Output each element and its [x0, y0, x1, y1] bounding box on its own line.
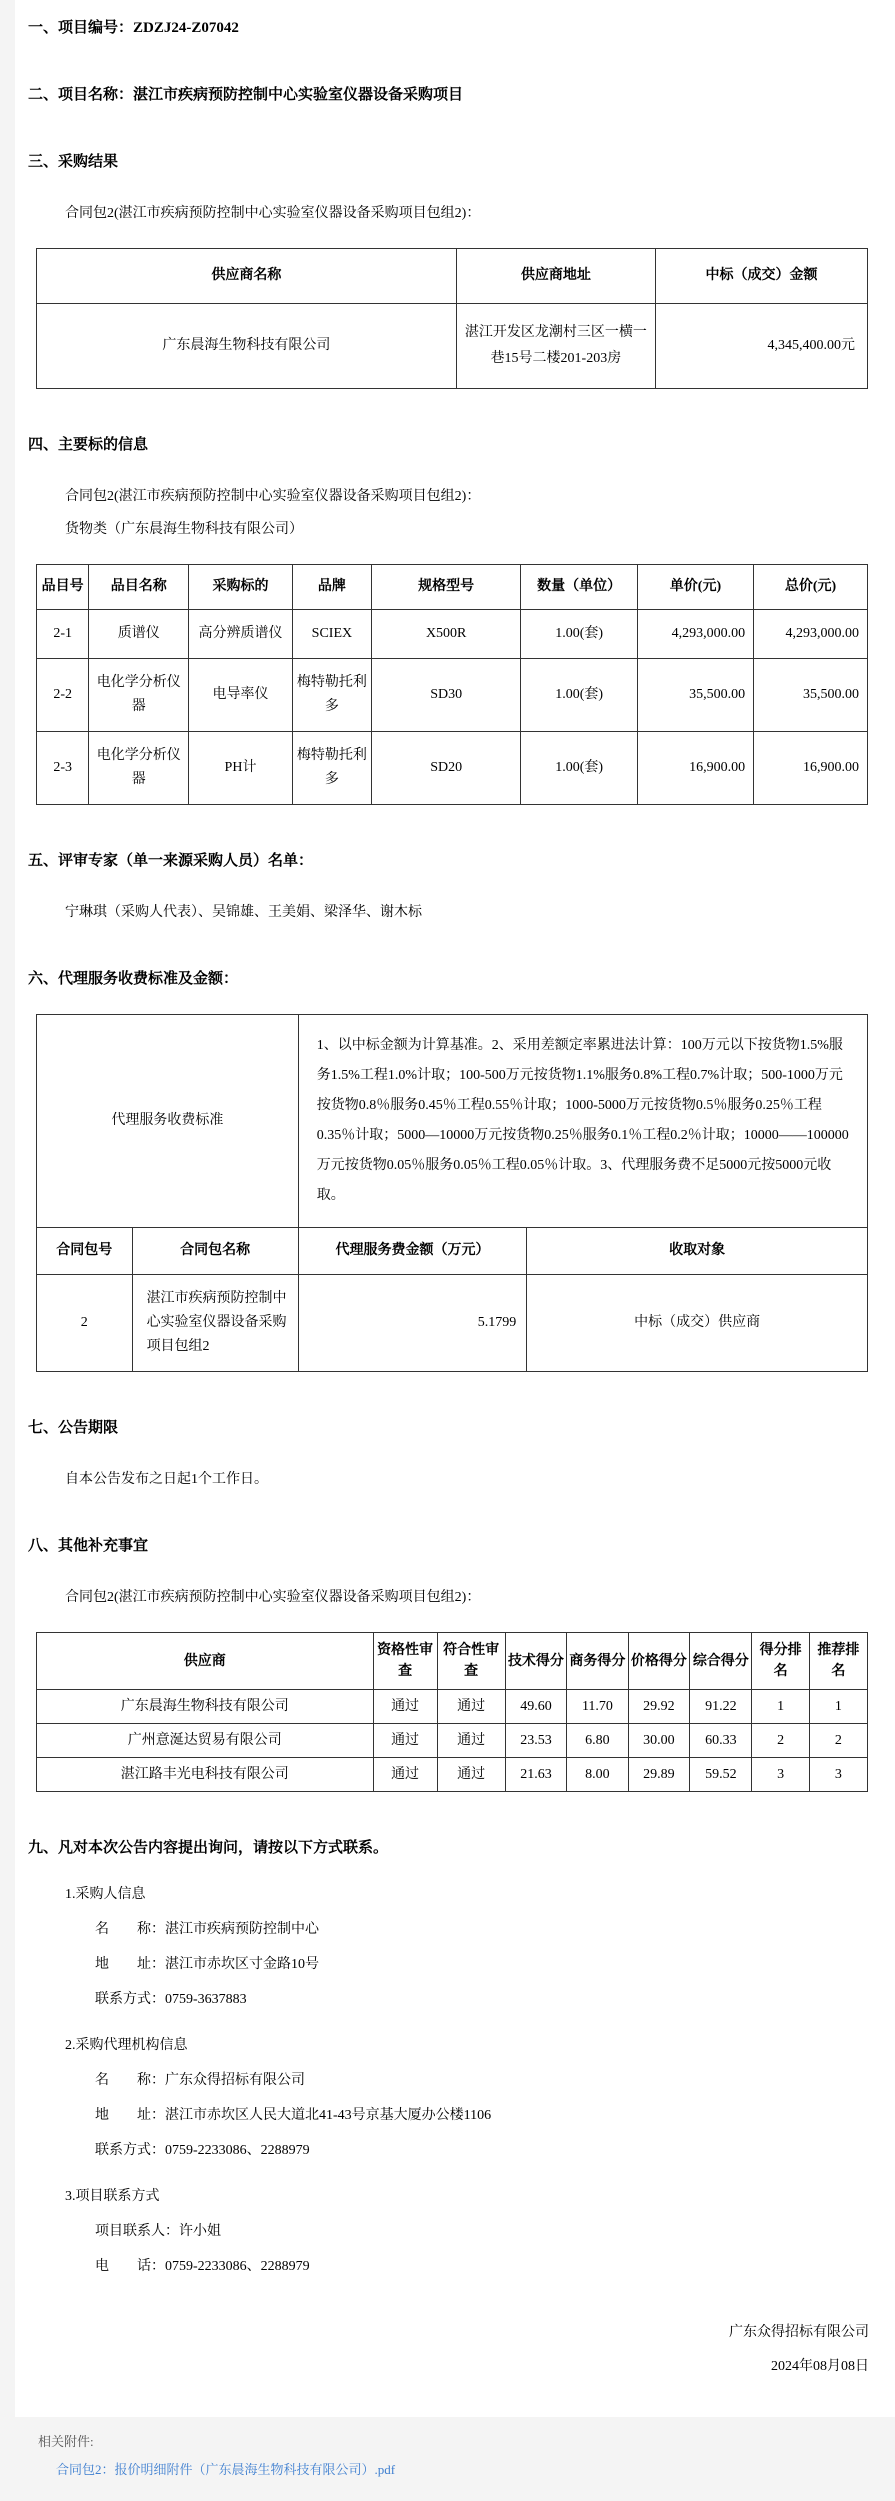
- fee-amount-cell: 5.1799: [298, 1275, 527, 1372]
- project-contact-heading: 3.项目联系方式: [28, 2187, 871, 2207]
- item-target-cell: 高分辨质谱仪: [189, 610, 293, 659]
- biz-score-cell: 6.80: [567, 1724, 628, 1758]
- item-no-cell: 2-1: [37, 610, 89, 659]
- attachment-link[interactable]: 合同包2：报价明细附件（广东晨海生物科技有限公司）.pdf: [56, 2459, 395, 2478]
- item-brand-cell: 梅特勒托利多: [292, 659, 371, 732]
- supplier-name-cell: 广东晨海生物科技有限公司: [37, 304, 457, 389]
- supplier-cell: 广东晨海生物科技有限公司: [37, 1690, 374, 1724]
- agency-contact: 联系方式：0759-2233086、2288979: [28, 2141, 871, 2161]
- section-4-title: 四、主要标的信息: [28, 435, 871, 456]
- project-contact-phone: 电 话：0759-2233086、2288979: [28, 2257, 871, 2277]
- section-3-title: 三、采购结果: [28, 152, 871, 173]
- agency-fee-table: 代理服务收费标准 1、以中标金额为计算基准。2、采用差额定率累进法计算：100万…: [36, 1014, 868, 1372]
- item-qty-cell: 1.00(套): [521, 659, 637, 732]
- header-cell: 品目号: [37, 565, 89, 610]
- section-8-title: 八、其他补充事宜: [28, 1536, 871, 1557]
- header-cell: 价格得分: [628, 1633, 689, 1690]
- supplier-evaluation-table: 供应商 资格性审查 符合性审查 技术得分 商务得分 价格得分 综合得分 得分排名…: [36, 1632, 868, 1792]
- conformity-cell: 通过: [437, 1724, 505, 1758]
- header-cell: 数量（单位）: [521, 565, 637, 610]
- header-cell: 合同包名称: [132, 1228, 298, 1275]
- header-cell: 单价(元): [637, 565, 753, 610]
- item-model-cell: X500R: [371, 610, 521, 659]
- item-unit-price-cell: 35,500.00: [637, 659, 753, 732]
- announcement-period-text: 自本公告发布之日起1个工作日。: [28, 1469, 871, 1490]
- item-qty-cell: 1.00(套): [521, 732, 637, 805]
- total-score-cell: 60.33: [690, 1724, 752, 1758]
- supplier-address-cell: 湛江开发区龙潮村三区一横一巷15号二楼201-203房: [456, 304, 655, 389]
- announcement-content: 一、项目编号：ZDZJ24-Z07042 二、项目名称：湛江市疾病预防控制中心实…: [15, 0, 895, 2417]
- announcement-page: 一、项目编号：ZDZJ24-Z07042 二、项目名称：湛江市疾病预防控制中心实…: [0, 0, 895, 2501]
- supplier-cell: 湛江路丰光电科技有限公司: [37, 1758, 374, 1792]
- item-brand-cell: SCIEX: [292, 610, 371, 659]
- biz-score-cell: 11.70: [567, 1690, 628, 1724]
- item-total-price-cell: 16,900.00: [754, 732, 868, 805]
- procurement-result-table: 供应商名称 供应商地址 中标（成交）金额 广东晨海生物科技有限公司 湛江开发区龙…: [36, 248, 868, 389]
- section-9-title: 九、凡对本次公告内容提出询问，请按以下方式联系。: [28, 1838, 871, 1859]
- table-row: 2-3 电化学分析仪器 PH计 梅特勒托利多 SD20 1.00(套) 16,9…: [37, 732, 868, 805]
- purchaser-info-heading: 1.采购人信息: [28, 1885, 871, 1905]
- header-cell: 商务得分: [567, 1633, 628, 1690]
- agency-address: 地 址：湛江市赤坎区人民大道北41-43号京基大厦办公楼1106: [28, 2106, 871, 2126]
- section-8-intro: 合同包2(湛江市疾病预防控制中心实验室仪器设备采购项目包组2)：: [28, 1587, 871, 1608]
- header-cell: 符合性审查: [437, 1633, 505, 1690]
- item-name-cell: 质谱仪: [89, 610, 189, 659]
- purchaser-contact: 联系方式：0759-3637883: [28, 1990, 871, 2010]
- price-score-cell: 30.00: [628, 1724, 689, 1758]
- item-no-cell: 2-3: [37, 732, 89, 805]
- fee-standard-text-cell: 1、以中标金额为计算基准。2、采用差额定率累进法计算：100万元以下按货物1.5…: [298, 1015, 867, 1228]
- conformity-cell: 通过: [437, 1690, 505, 1724]
- qualification-cell: 通过: [373, 1758, 437, 1792]
- tech-score-cell: 23.53: [505, 1724, 566, 1758]
- table-row: 2-2 电化学分析仪器 电导率仪 梅特勒托利多 SD30 1.00(套) 35,…: [37, 659, 868, 732]
- score-rank-cell: 3: [752, 1758, 809, 1792]
- related-attachments-section: 相关附件: 合同包2：报价明细附件（广东晨海生物科技有限公司）.pdf: [0, 2417, 895, 2501]
- table-row: 广东晨海生物科技有限公司 湛江开发区龙潮村三区一横一巷15号二楼201-203房…: [37, 304, 868, 389]
- header-cell: 供应商名称: [37, 249, 457, 304]
- item-target-cell: PH计: [189, 732, 293, 805]
- section-3-intro: 合同包2(湛江市疾病预防控制中心实验室仪器设备采购项目包组2)：: [28, 203, 871, 224]
- tech-score-cell: 49.60: [505, 1690, 566, 1724]
- header-cell: 品牌: [292, 565, 371, 610]
- header-cell: 合同包号: [37, 1228, 133, 1275]
- table-row: 2-1 质谱仪 高分辨质谱仪 SCIEX X500R 1.00(套) 4,293…: [37, 610, 868, 659]
- section-5-title: 五、评审专家（单一来源采购人员）名单：: [28, 851, 871, 872]
- item-unit-price-cell: 4,293,000.00: [637, 610, 753, 659]
- purchaser-name: 名 称：湛江市疾病预防控制中心: [28, 1920, 871, 1940]
- score-rank-cell: 2: [752, 1724, 809, 1758]
- section-4-intro-1: 合同包2(湛江市疾病预防控制中心实验室仪器设备采购项目包组2)：: [28, 486, 871, 507]
- section-4-intro-2: 货物类（广东晨海生物科技有限公司）: [28, 519, 871, 540]
- item-model-cell: SD30: [371, 659, 521, 732]
- table-header-row: 供应商 资格性审查 符合性审查 技术得分 商务得分 价格得分 综合得分 得分排名…: [37, 1633, 868, 1690]
- header-cell: 资格性审查: [373, 1633, 437, 1690]
- header-cell: 供应商: [37, 1633, 374, 1690]
- header-cell: 得分排名: [752, 1633, 809, 1690]
- bid-items-table: 品目号 品目名称 采购标的 品牌 规格型号 数量（单位） 单价(元) 总价(元)…: [36, 564, 868, 805]
- table-row: 湛江路丰光电科技有限公司 通过 通过 21.63 8.00 29.89 59.5…: [37, 1758, 868, 1792]
- table-row: 广州意涎达贸易有限公司 通过 通过 23.53 6.80 30.00 60.33…: [37, 1724, 868, 1758]
- total-score-cell: 91.22: [690, 1690, 752, 1724]
- item-target-cell: 电导率仪: [189, 659, 293, 732]
- purchaser-address: 地 址：湛江市赤坎区寸金路10号: [28, 1955, 871, 1975]
- header-cell: 技术得分: [505, 1633, 566, 1690]
- item-name-cell: 电化学分析仪器: [89, 732, 189, 805]
- award-amount-cell: 4,345,400.00元: [656, 304, 868, 389]
- table-row: 广东晨海生物科技有限公司 通过 通过 49.60 11.70 29.92 91.…: [37, 1690, 868, 1724]
- qualification-cell: 通过: [373, 1724, 437, 1758]
- recommend-rank-cell: 3: [809, 1758, 867, 1792]
- related-attachments-label: 相关附件:: [38, 2433, 895, 2451]
- section-7-title: 七、公告期限: [28, 1418, 871, 1439]
- qualification-cell: 通过: [373, 1690, 437, 1724]
- item-name-cell: 电化学分析仪器: [89, 659, 189, 732]
- item-unit-price-cell: 16,900.00: [637, 732, 753, 805]
- item-total-price-cell: 4,293,000.00: [754, 610, 868, 659]
- item-model-cell: SD20: [371, 732, 521, 805]
- header-cell: 供应商地址: [456, 249, 655, 304]
- fee-payer-cell: 中标（成交）供应商: [527, 1275, 868, 1372]
- table-header-row: 供应商名称 供应商地址 中标（成交）金额: [37, 249, 868, 304]
- section-2-title: 二、项目名称：湛江市疾病预防控制中心实验室仪器设备采购项目: [28, 85, 871, 106]
- section-1-title: 一、项目编号：ZDZJ24-Z07042: [28, 18, 871, 39]
- experts-list: 宁琳琪（采购人代表）、吴锦雄、王美娟、梁泽华、谢木标: [28, 902, 871, 923]
- fee-standard-label-cell: 代理服务收费标准: [37, 1015, 299, 1228]
- table-row: 代理服务收费标准 1、以中标金额为计算基准。2、采用差额定率累进法计算：100万…: [37, 1015, 868, 1228]
- signature-org: 广东众得招标有限公司: [28, 2323, 869, 2343]
- total-score-cell: 59.52: [690, 1758, 752, 1792]
- price-score-cell: 29.92: [628, 1690, 689, 1724]
- header-cell: 品目名称: [89, 565, 189, 610]
- signature-date: 2024年08月08日: [28, 2357, 869, 2377]
- header-cell: 总价(元): [754, 565, 868, 610]
- supplier-cell: 广州意涎达贸易有限公司: [37, 1724, 374, 1758]
- project-contact-person: 项目联系人：许小姐: [28, 2222, 871, 2242]
- table-row: 2 湛江市疾病预防控制中心实验室仪器设备采购项目包组2 5.1799 中标（成交…: [37, 1275, 868, 1372]
- signature-block: 广东众得招标有限公司 2024年08月08日: [28, 2323, 871, 2377]
- recommend-rank-cell: 1: [809, 1690, 867, 1724]
- score-rank-cell: 1: [752, 1690, 809, 1724]
- table-header-row: 合同包号 合同包名称 代理服务费金额（万元） 收取对象: [37, 1228, 868, 1275]
- price-score-cell: 29.89: [628, 1758, 689, 1792]
- header-cell: 代理服务费金额（万元）: [298, 1228, 527, 1275]
- header-cell: 采购标的: [189, 565, 293, 610]
- section-6-title: 六、代理服务收费标准及金额：: [28, 969, 871, 990]
- header-cell: 规格型号: [371, 565, 521, 610]
- header-cell: 中标（成交）金额: [656, 249, 868, 304]
- item-brand-cell: 梅特勒托利多: [292, 732, 371, 805]
- agency-info-heading: 2.采购代理机构信息: [28, 2036, 871, 2056]
- header-cell: 推荐排名: [809, 1633, 867, 1690]
- item-qty-cell: 1.00(套): [521, 610, 637, 659]
- header-cell: 综合得分: [690, 1633, 752, 1690]
- table-header-row: 品目号 品目名称 采购标的 品牌 规格型号 数量（单位） 单价(元) 总价(元): [37, 565, 868, 610]
- tech-score-cell: 21.63: [505, 1758, 566, 1792]
- item-total-price-cell: 35,500.00: [754, 659, 868, 732]
- package-no-cell: 2: [37, 1275, 133, 1372]
- header-cell: 收取对象: [527, 1228, 868, 1275]
- agency-name: 名 称：广东众得招标有限公司: [28, 2071, 871, 2091]
- biz-score-cell: 8.00: [567, 1758, 628, 1792]
- package-name-cell: 湛江市疾病预防控制中心实验室仪器设备采购项目包组2: [132, 1275, 298, 1372]
- conformity-cell: 通过: [437, 1758, 505, 1792]
- recommend-rank-cell: 2: [809, 1724, 867, 1758]
- item-no-cell: 2-2: [37, 659, 89, 732]
